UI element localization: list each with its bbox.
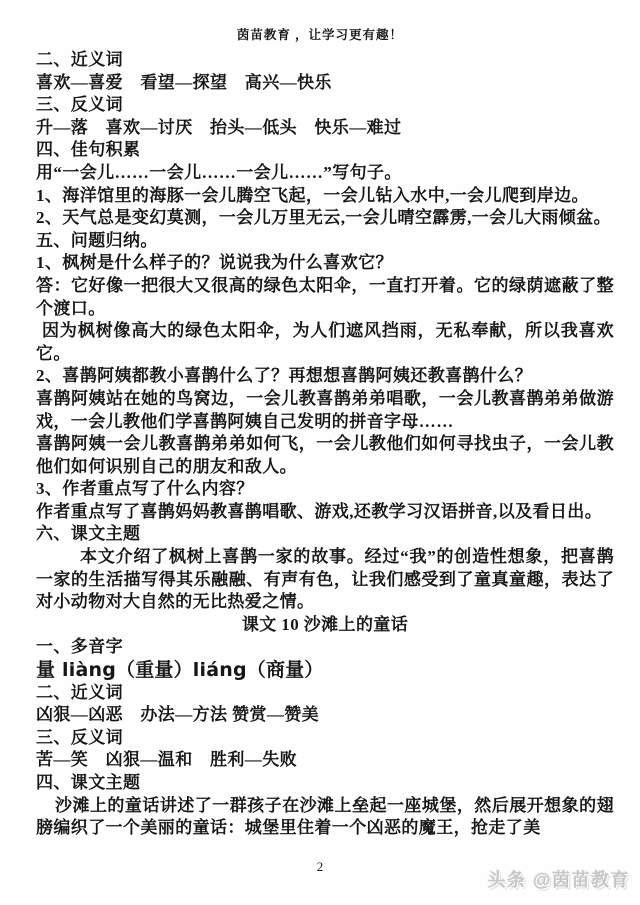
watermark-badge: 头条 @茵苗教育 bbox=[487, 866, 630, 892]
document-page: 茵苗教育 ，让学习更有趣！ 二、近义词喜欢—喜爱 看望—探望 高兴—快乐三、反义… bbox=[0, 0, 640, 905]
document-body: 二、近义词喜欢—喜爱 看望—探望 高兴—快乐三、反义词升—落 喜欢—讨厌 抬头—… bbox=[36, 49, 614, 840]
text-line: 沙滩上的童话讲述了一群孩子在沙滩上垒起一座城堡，然后展开想象的翅膀编织了一个美丽… bbox=[36, 795, 614, 840]
text-line: 本文介绍了枫树上喜鹊一家的故事。经过“我”的创造性想象，把喜鹊一家的生活描写得其… bbox=[36, 546, 614, 614]
text-line: 苦—笑 凶狠—温和 胜利—失败 bbox=[36, 749, 614, 772]
text-line: 1、海洋馆里的海豚一会儿腾空飞起，一会儿钻入水中,一会儿爬到岸边。 bbox=[36, 185, 614, 208]
text-line: 喜欢—喜爱 看望—探望 高兴—快乐 bbox=[36, 72, 614, 95]
text-line: 四、佳句积累 bbox=[36, 139, 614, 162]
text-line: 喜鹊阿姨站在她的鸟窝边，一会儿教喜鹊弟弟唱歌，一会儿教喜鹊弟弟做游戏，一会儿教他… bbox=[36, 388, 614, 433]
text-line: 一、多音字 bbox=[36, 636, 614, 659]
text-line: 喜鹊阿姨一会儿教喜鹊弟弟如何飞，一会儿教他们如何寻找虫子，一会儿教他们如何识别自… bbox=[36, 433, 614, 478]
text-line: 2、喜鹊阿姨都教小喜鹊什么了？再想想喜鹊阿姨还教喜鹊什么？ bbox=[36, 365, 614, 388]
text-line: 三、反义词 bbox=[36, 727, 614, 750]
text-line: 课文 10 沙滩上的童话 bbox=[36, 614, 614, 637]
text-line: 二、近义词 bbox=[36, 49, 614, 72]
text-line: 凶狠—凶恶 办法—方法 赞赏—赞美 bbox=[36, 704, 614, 727]
text-line: 答：它好像一把很大又很高的绿色太阳伞，一直打开着。它的绿荫遮蔽了整个渡口。 bbox=[36, 275, 614, 320]
text-line: 3、作者重点写了什么内容？ bbox=[36, 478, 614, 501]
text-line: 作者重点写了喜鹊妈妈教喜鹊唱歌、游戏,还教学习汉语拼音,以及看日出。 bbox=[36, 501, 614, 524]
text-line: 量 liàng（重量）liáng（商量） bbox=[36, 659, 614, 682]
text-line: 三、反义词 bbox=[36, 94, 614, 117]
text-line: 2、天气总是变幻莫测，一会儿万里无云,一会儿晴空霹雳,一会儿大雨倾盆。 bbox=[36, 207, 614, 230]
text-line: 用“一会儿……一会儿……一会儿……”写句子。 bbox=[36, 162, 614, 185]
text-line: 五、问题归纳。 bbox=[36, 230, 614, 253]
text-line: 四、课文主题 bbox=[36, 772, 614, 795]
brand-header-text: 茵苗教育 ，让学习更有趣！ bbox=[0, 25, 640, 43]
text-line: 六、课文主题 bbox=[36, 523, 614, 546]
text-line: 升—落 喜欢—讨厌 抬头—低头 快乐—难过 bbox=[36, 117, 614, 140]
text-line: 1、枫树是什么样子的？说说我为什么喜欢它？ bbox=[36, 252, 614, 275]
text-line: 因为枫树像高大的绿色太阳伞，为人们遮风挡雨，无私奉献，所以我喜欢它。 bbox=[36, 320, 614, 365]
text-line: 二、近义词 bbox=[36, 682, 614, 705]
